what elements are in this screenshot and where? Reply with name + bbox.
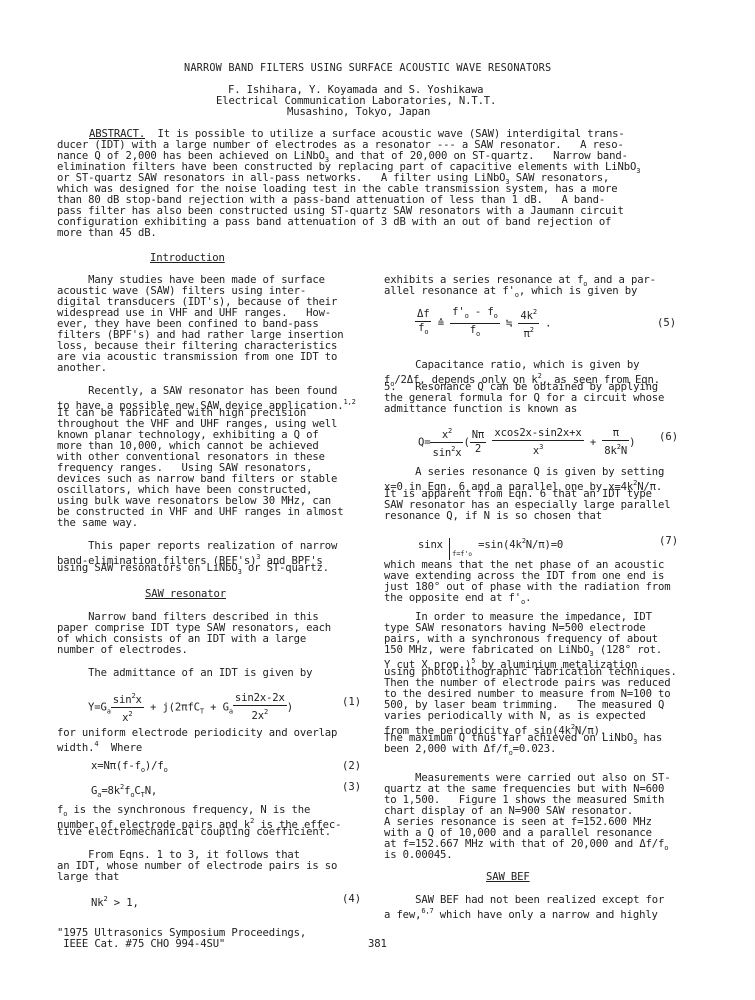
paper-page: NARROW BAND FILTERS USING SURFACE ACOUST…	[0, 0, 755, 1000]
paper-title: NARROW BAND FILTERS USING SURFACE ACOUST…	[184, 63, 551, 74]
reference-marker: 1,2	[344, 398, 356, 406]
section-heading-saw-resonator: SAW resonator	[145, 589, 226, 600]
equation-number: (4)	[342, 894, 361, 905]
equation-number: (6)	[659, 432, 678, 443]
section-heading-saw-bef: SAW BEF	[486, 872, 530, 883]
equation-3: Ga=8k2foCTN,	[91, 782, 157, 801]
equation-number: (7)	[659, 536, 678, 547]
equation-6: Q=x2sin2x(Nπ2 xcos2x-sin2x+xx3 + π8k2N)	[418, 425, 635, 460]
equation-number: (1)	[342, 697, 361, 708]
equation-1: Y=Gasin2xx2 + j(2πfCT + Gasin2x-2x2x2)	[88, 690, 293, 725]
section-heading-introduction: Introduction	[150, 253, 225, 264]
location: Musashino, Tokyo, Japan	[287, 107, 430, 118]
equation-number: (3)	[342, 782, 361, 793]
equation-number: (5)	[657, 318, 676, 329]
saw-paragraph-2: The admittance of an IDT is given by	[57, 668, 312, 679]
page-number: 381	[368, 939, 387, 950]
equation-2: x=Nπ(f-fo)/fo	[91, 761, 168, 776]
equation-4: Nk2 > 1,	[91, 894, 139, 909]
equation-5: Δffo ≙ f'o - fofo ≒ 4k2π2 .	[415, 306, 551, 341]
equation-7: sinx f=f'o =sin(4k2N/π)=0	[418, 536, 563, 560]
equation-number: (2)	[342, 761, 361, 772]
reference-marker: 6,7	[421, 907, 433, 915]
